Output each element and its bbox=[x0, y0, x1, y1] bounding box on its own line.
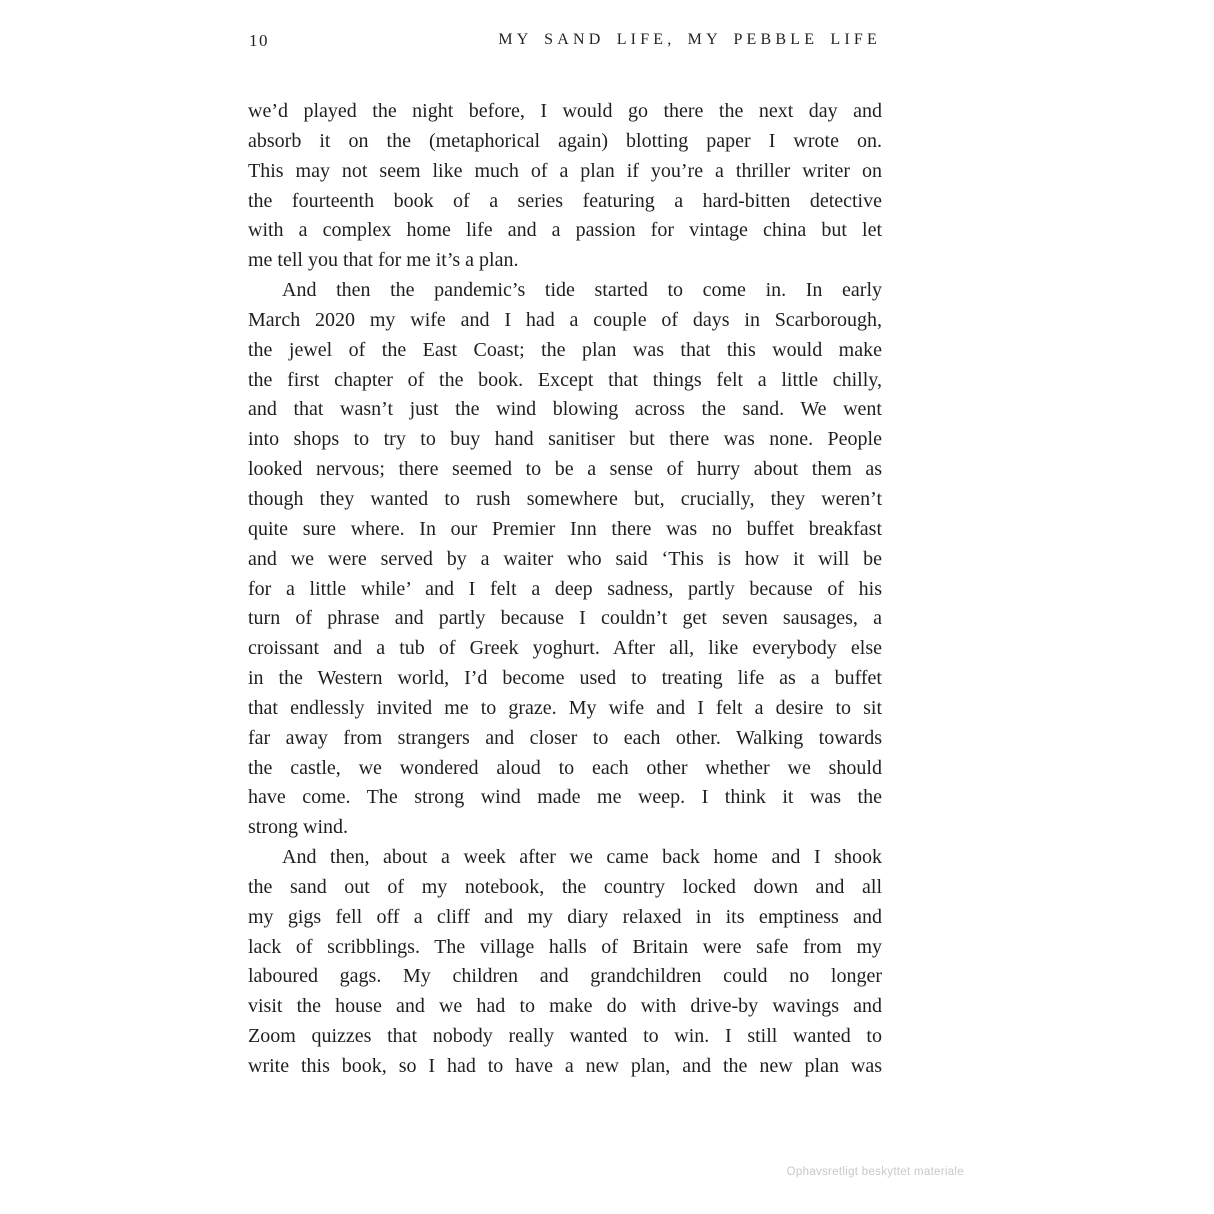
text-line: that endlessly invited me to graze. My w… bbox=[248, 694, 882, 724]
text-line: the jewel of the East Coast; the plan wa… bbox=[248, 336, 882, 366]
text-line: far away from strangers and closer to ea… bbox=[248, 724, 882, 754]
text-line: and that wasn’t just the wind blowing ac… bbox=[248, 395, 882, 425]
text-line: laboured gags. My children and grandchil… bbox=[248, 962, 882, 992]
text-line: And then the pandemic’s tide started to … bbox=[248, 276, 882, 306]
text-line: Zoom quizzes that nobody really wanted t… bbox=[248, 1022, 882, 1052]
text-line: absorb it on the (metaphorical again) bl… bbox=[248, 127, 882, 157]
text-line: the fourteenth book of a series featurin… bbox=[248, 187, 882, 217]
text-line: croissant and a tub of Greek yoghurt. Af… bbox=[248, 634, 882, 664]
text-line: quite sure where. In our Premier Inn the… bbox=[248, 515, 882, 545]
book-page: 10 MY SAND LIFE, MY PEBBLE LIFE we’d pla… bbox=[0, 0, 1214, 1214]
paragraph: we’d played the night before, I would go… bbox=[248, 97, 882, 276]
text-line: write this book, so I had to have a new … bbox=[248, 1052, 882, 1082]
text-line: into shops to try to buy hand sanitiser … bbox=[248, 425, 882, 455]
paragraph: And then, about a week after we came bac… bbox=[248, 843, 882, 1082]
text-line: lack of scribblings. The village halls o… bbox=[248, 933, 882, 963]
text-line: the castle, we wondered aloud to each ot… bbox=[248, 754, 882, 784]
text-line: the first chapter of the book. Except th… bbox=[248, 366, 882, 396]
text-line: for a little while’ and I felt a deep sa… bbox=[248, 575, 882, 605]
text-line: turn of phrase and partly because I coul… bbox=[248, 604, 882, 634]
paragraph: And then the pandemic’s tide started to … bbox=[248, 276, 882, 843]
text-line: with a complex home life and a passion f… bbox=[248, 216, 882, 246]
text-line: This may not seem like much of a plan if… bbox=[248, 157, 882, 187]
text-line: the sand out of my notebook, the country… bbox=[248, 873, 882, 903]
copyright-watermark: Ophavsretligt beskyttet materiale bbox=[787, 1166, 964, 1178]
text-line: me tell you that for me it’s a plan. bbox=[248, 246, 882, 276]
text-line: my gigs fell off a cliff and my diary re… bbox=[248, 903, 882, 933]
running-header-title: MY SAND LIFE, MY PEBBLE LIFE bbox=[498, 31, 881, 49]
text-line: and we were served by a waiter who said … bbox=[248, 545, 882, 575]
text-line: though they wanted to rush somewhere but… bbox=[248, 485, 882, 515]
text-block: we’d played the night before, I would go… bbox=[248, 97, 882, 1082]
text-line: strong wind. bbox=[248, 813, 882, 843]
text-line: have come. The strong wind made me weep.… bbox=[248, 783, 882, 813]
text-line: in the Western world, I’d become used to… bbox=[248, 664, 882, 694]
text-line: visit the house and we had to make do wi… bbox=[248, 992, 882, 1022]
page-number: 10 bbox=[249, 31, 269, 51]
text-line: And then, about a week after we came bac… bbox=[248, 843, 882, 873]
text-line: looked nervous; there seemed to be a sen… bbox=[248, 455, 882, 485]
text-line: March 2020 my wife and I had a couple of… bbox=[248, 306, 882, 336]
text-line: we’d played the night before, I would go… bbox=[248, 97, 882, 127]
